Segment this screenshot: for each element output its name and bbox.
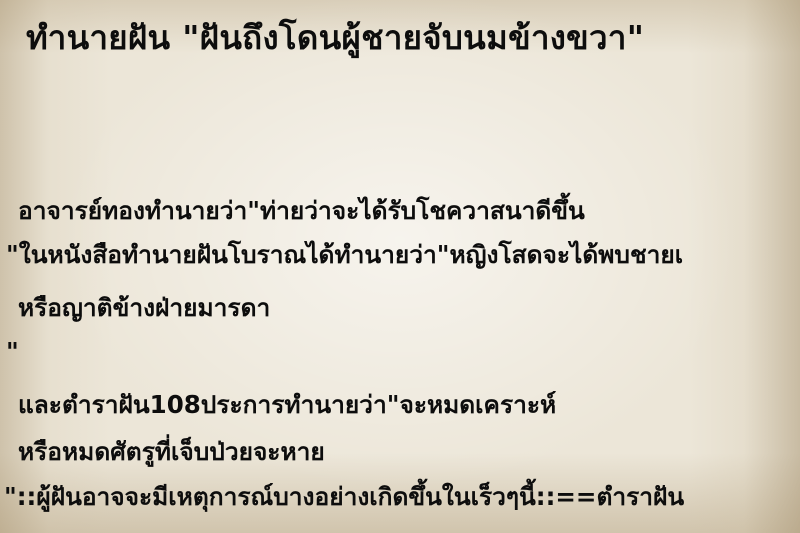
- interpretation-line-teacher-thong: อาจารย์ทองทำนายว่า"ท่ายว่าจะได้รับโชควาส…: [18, 193, 585, 229]
- interpretation-line-enemies-illness: หรือหมดศัตรูที่เจ็บป่วยจะหาย: [18, 434, 325, 470]
- interpretation-line-upcoming-event: "::ผู้ฝันอาจจะมีเหตุการณ์บางอย่างเกิดขึ้…: [4, 479, 684, 515]
- interpretation-line-maternal-relatives: หรือญาติข้างฝ่ายมารดา: [18, 290, 270, 326]
- dream-interpretation-page: ทำนายฝัน "ฝันถึงโดนผู้ชายจับนมข้างขวา" อ…: [0, 0, 800, 533]
- interpretation-line-ancient-book: "ในหนังสือทำนายฝันโบราณได้ทำนายว่า"หญิงโ…: [6, 237, 683, 273]
- page-title: ทำนายฝัน "ฝันถึงโดนผู้ชายจับนมข้างขวา": [26, 14, 644, 62]
- interpretation-line-108-texts: และตำราฝัน108ประการทำนายว่า"จะหมดเคราะห์: [18, 387, 556, 423]
- closing-quote: ": [6, 334, 19, 370]
